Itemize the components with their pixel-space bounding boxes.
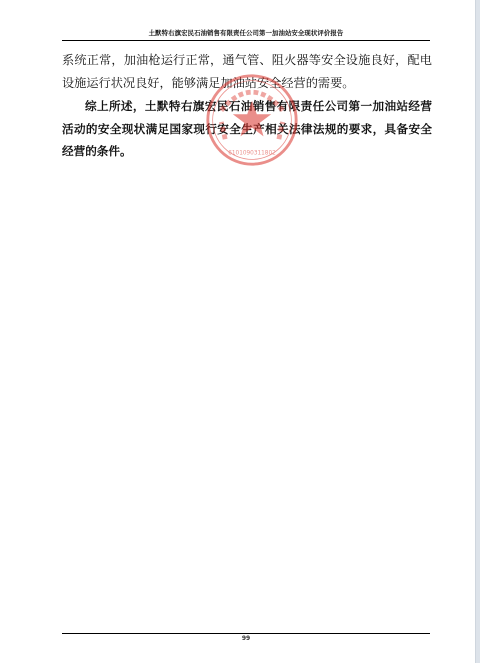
page-number: 99 [62,635,430,642]
running-header-title: 土默特右旗宏民石油销售有限责任公司第一加油站安全现状评价报告 [62,28,430,38]
paragraph-continuation: 系统正常，加油枪运行正常，通气管、阻火器等安全设施良好，配电设施运行状况良好，能… [62,49,432,94]
document-page: 土默特右旗宏民石油销售有限责任公司第一加油站安全现状评价报告 系统正常，加油枪运… [0,0,476,663]
header-divider [62,40,430,41]
body-text: 系统正常，加油枪运行正常，通气管、阻火器等安全设施良好，配电设施运行状况良好，能… [62,49,432,163]
footer-divider [62,633,430,634]
paragraph-conclusion: 综上所述，土默特右旗宏民石油销售有限责任公司第一加油站经营活动的安全现状满足国家… [62,95,432,163]
viewer-scrollbar[interactable] [475,0,480,663]
